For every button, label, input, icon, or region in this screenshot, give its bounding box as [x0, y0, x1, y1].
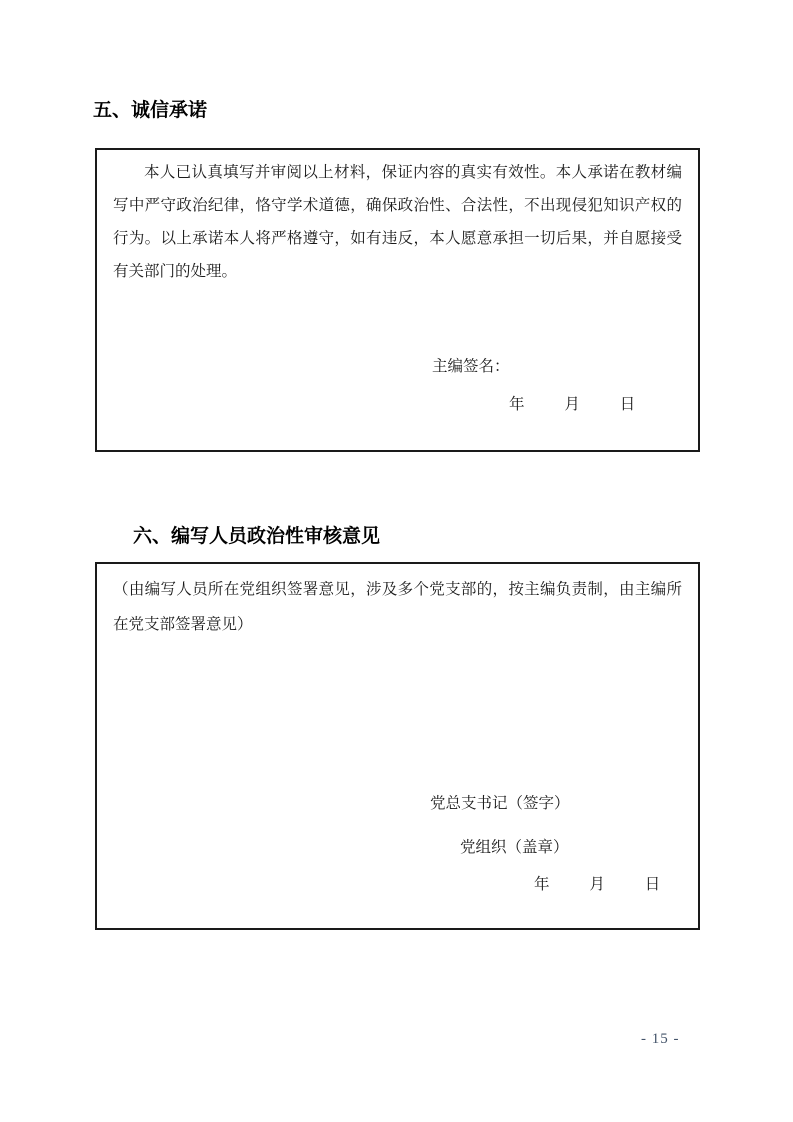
page-number: - 15 -: [641, 1031, 680, 1048]
section5-heading: 五、诚信承诺: [93, 98, 207, 124]
section5-date-line: 年 月 日: [509, 395, 635, 415]
section6-date-line: 年 月 日: [534, 875, 660, 895]
year-label: 年: [509, 396, 525, 413]
year-label: 年: [534, 876, 550, 893]
chief-editor-signature-label: 主编签名：: [432, 357, 510, 377]
month-label: 月: [589, 876, 605, 893]
party-secretary-signature-label: 党总支书记（签字）: [430, 794, 570, 814]
section5-commitment-box: 本人已认真填写并审阅以上材料，保证内容的真实有效性。本人承诺在教材编写中严守政治…: [95, 148, 700, 452]
month-label: 月: [564, 396, 580, 413]
section6-note-text: （由编写人员所在党组织签署意见，涉及多个党支部的，按主编负责制，由主编所在党支部…: [97, 564, 698, 642]
section6-review-box: （由编写人员所在党组织签署意见，涉及多个党支部的，按主编负责制，由主编所在党支部…: [95, 562, 700, 930]
day-label: 日: [620, 396, 636, 413]
document-page: 五、诚信承诺 本人已认真填写并审阅以上材料，保证内容的真实有效性。本人承诺在教材…: [0, 0, 793, 1122]
section6-heading: 六、编写人员政治性审核意见: [133, 524, 380, 550]
section5-commitment-text: 本人已认真填写并审阅以上材料，保证内容的真实有效性。本人承诺在教材编写中严守政治…: [97, 150, 698, 288]
day-label: 日: [645, 876, 661, 893]
party-organization-seal-label: 党组织（盖章）: [460, 838, 569, 858]
